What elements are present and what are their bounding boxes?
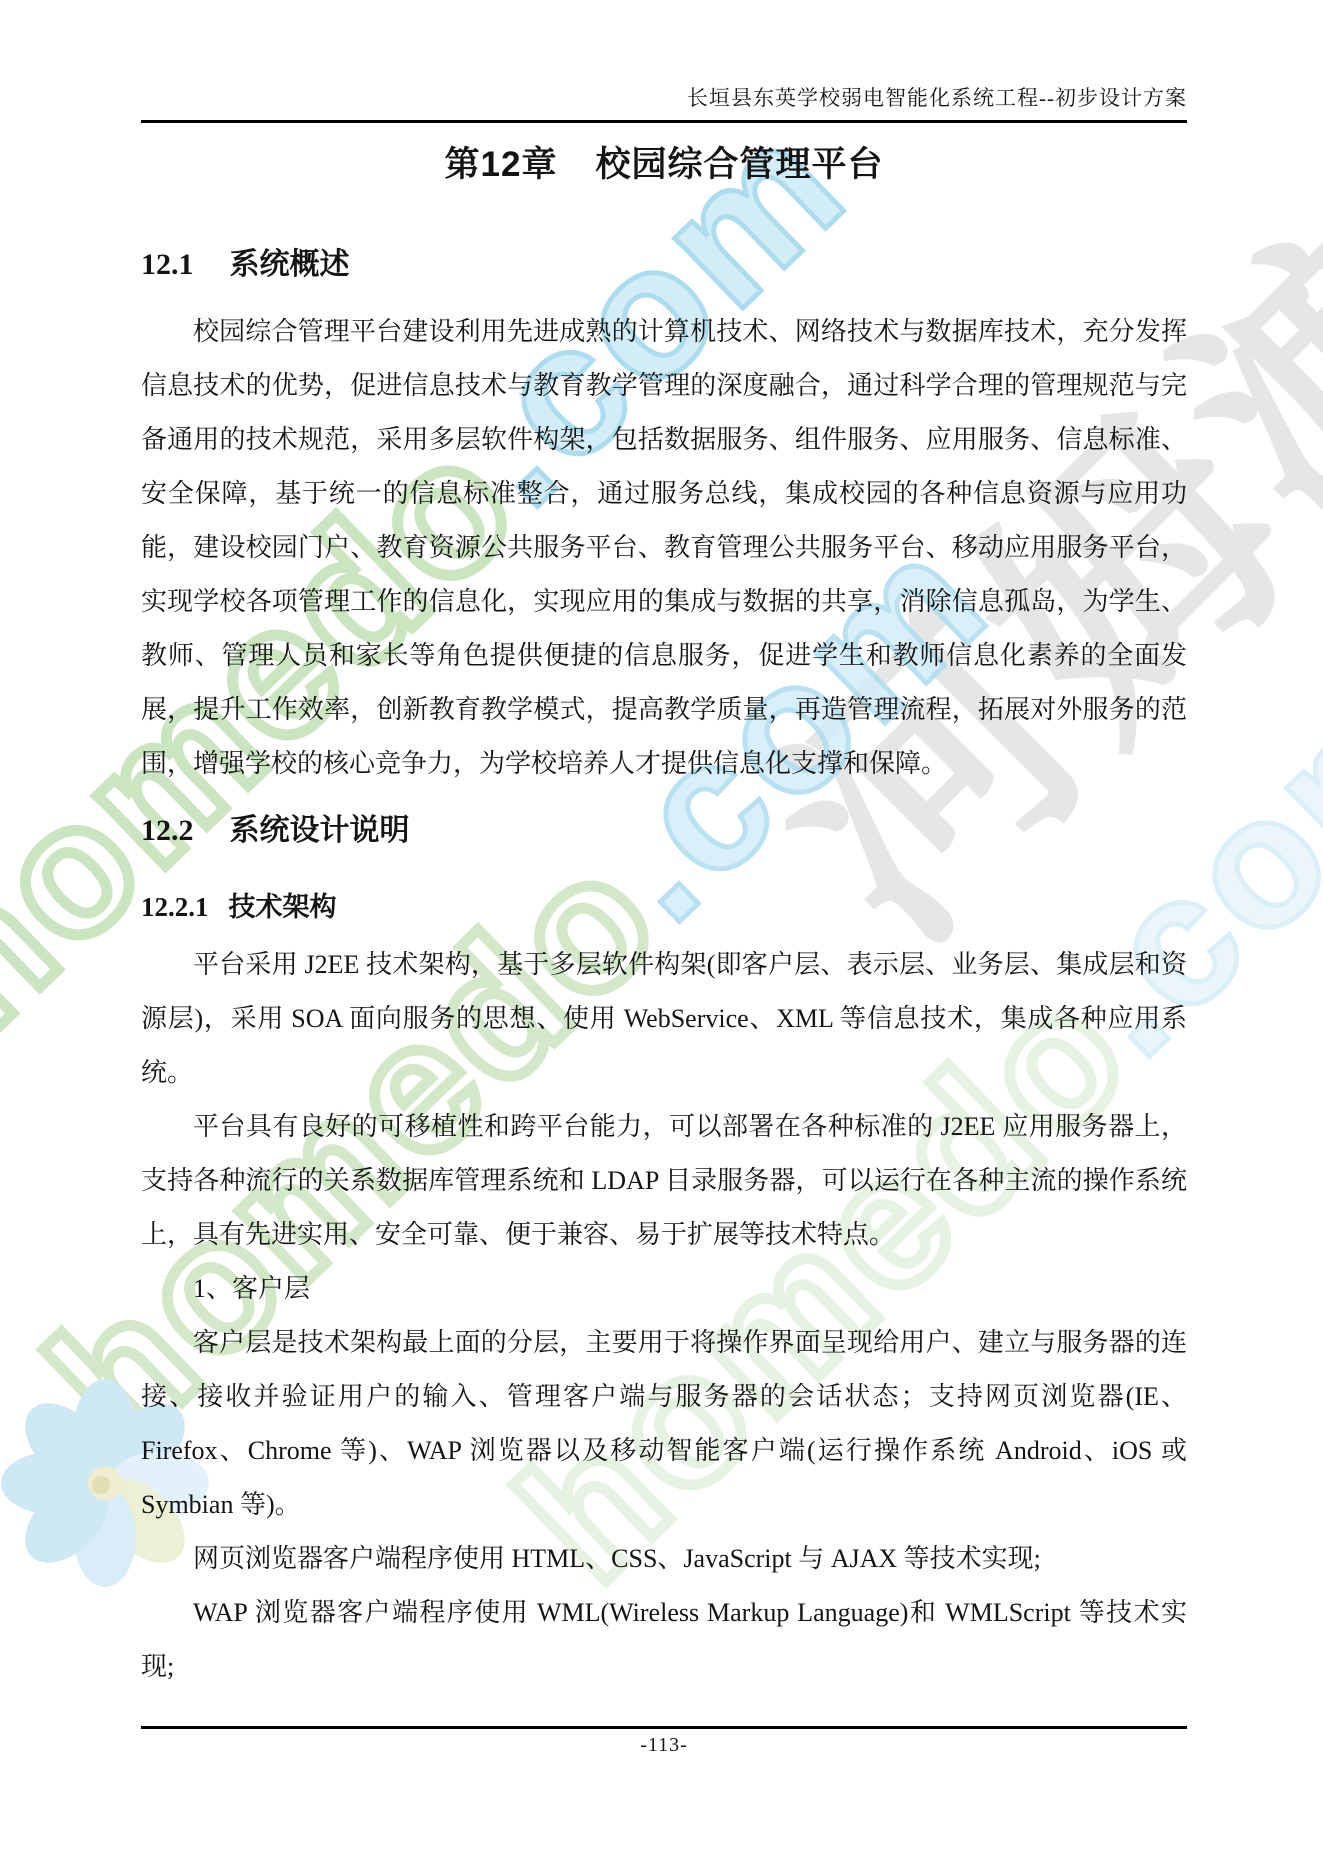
document-page: { "header": { "doc_title": "长垣县东英学校弱电智能化… [0,0,1323,1872]
section-title-text: 系统概述 [230,248,350,281]
paragraph-web-client: 网页浏览器客户端程序使用 HTML、CSS、JavaScript 与 AJAX … [141,1532,1187,1586]
subsection-number: 12.2.1 [141,892,209,922]
subsection-heading-12-2-1: 12.2.1技术架构 [141,885,1187,924]
section-number: 12.1 [141,248,194,281]
paragraph-client-layer-detail: 客户层是技术架构最上面的分层，主要用于将操作界面呈现给用户、建立与服务器的连接、… [141,1316,1187,1532]
page-number: -113- [640,1734,688,1757]
subsection-title-text: 技术架构 [229,892,337,922]
section-title-text: 系统设计说明 [230,814,410,847]
paragraph-portability: 平台具有良好的可移植性和跨平台能力，可以部署在各种标准的 J2EE 应用服务器上… [141,1100,1187,1262]
paragraph-wap-client: WAP 浏览器客户端程序使用 WML(Wireless Markup Langu… [141,1586,1187,1694]
page-footer: -113- [141,1726,1187,1757]
section-number: 12.2 [141,814,194,847]
paragraph-tech-architecture: 平台采用 J2EE 技术架构，基于多层软件构架(即客户层、表示层、业务层、集成层… [141,938,1187,1100]
section-heading-12-1: 12.1系统概述 [141,239,1187,283]
paragraph-system-overview: 校园综合管理平台建设利用先进成熟的计算机技术、网络技术与数据库技术，充分发挥信息… [141,305,1187,791]
section-heading-12-2: 12.2系统设计说明 [141,805,1187,849]
chapter-number: 第12章 [445,145,558,184]
chapter-title-text: 校园综合管理平台 [595,145,883,184]
chapter-title: 第12章校园综合管理平台 [141,137,1187,187]
header-rule [141,120,1187,123]
page-content: 长垣县东英学校弱电智能化系统工程--初步设计方案 第12章校园综合管理平台 12… [0,0,1323,1694]
header-doc-title: 长垣县东英学校弱电智能化系统工程--初步设计方案 [141,82,1187,112]
paragraph-client-layer-label: 1、客户层 [141,1262,1187,1316]
